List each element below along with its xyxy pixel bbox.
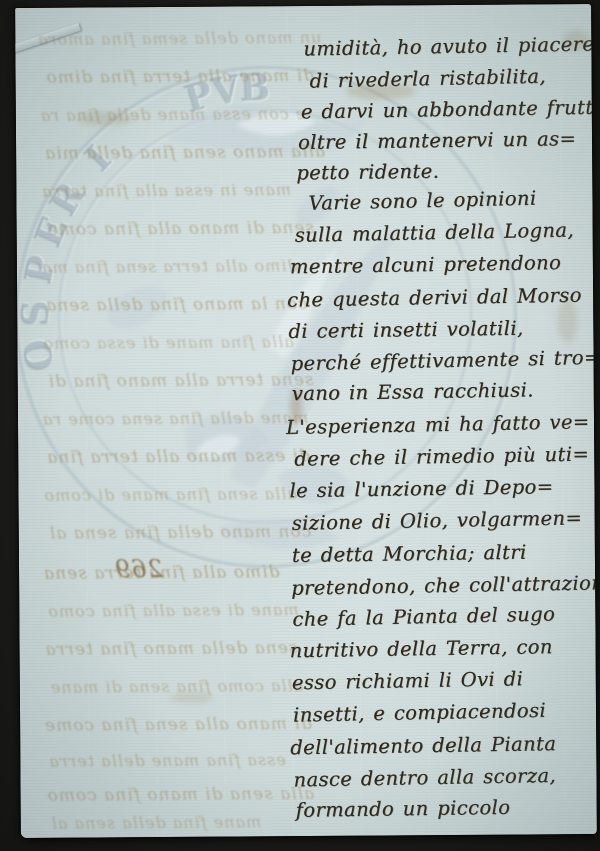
manuscript-line: formando un piccolo <box>296 796 511 822</box>
manuscript-line: e darvi un abbondante frutto, <box>301 95 597 123</box>
manuscript-line: perché effettivamente si tro= <box>290 346 597 375</box>
manuscript-line: esso richiami li Ovi di <box>292 667 524 694</box>
manuscript-line: che questa derivi dal Morso <box>287 284 582 312</box>
manuscript-line: pretendono, che coll'attrazion <box>291 571 597 599</box>
manuscript-line: oltre il mantenervi un as= <box>298 127 576 154</box>
manuscript-line: Varie sono le opinioni <box>308 187 536 215</box>
photo-stage: OSPERIPVB un mano della sema fina amorad… <box>0 0 600 851</box>
manuscript-line: sizione di Olio, volgarmen= <box>292 506 583 535</box>
manuscript-line: dere che il rimedio più uti= <box>294 442 589 470</box>
handwritten-text-block: umidità, ho avuto il piaceredi rivederla… <box>15 4 597 838</box>
manuscript-line: nutritivo della Terra, con <box>289 635 553 662</box>
manuscript-line: che fa la Pianta del sugo <box>292 602 555 630</box>
manuscript-line: insetti, e compiacendosi <box>293 699 546 727</box>
manuscript-line: sulla malattia della Logna, <box>294 218 574 246</box>
manuscript-line: di rivederla ristabilita, <box>309 65 546 93</box>
manuscript-page: OSPERIPVB un mano della sema fina amorad… <box>15 4 597 838</box>
manuscript-line: nasce dentro alla scorza, <box>293 764 556 792</box>
manuscript-line: umidità, ho avuto il piacere <box>303 32 594 60</box>
manuscript-line: di certi insetti volatili, <box>288 317 523 343</box>
manuscript-line: vano in Essa racchiusi. <box>292 378 534 405</box>
manuscript-line: L'esperienza mi ha fatto ve= <box>286 410 590 439</box>
manuscript-line: dell'alimento della Pianta <box>290 732 556 759</box>
manuscript-line: mentre alcuni pretendono <box>290 251 562 278</box>
manuscript-line: te detta Morchia; altri <box>292 541 527 567</box>
manuscript-line: le sia l'unzione di Depo= <box>289 475 553 502</box>
manuscript-line: petto ridente. <box>296 160 439 185</box>
